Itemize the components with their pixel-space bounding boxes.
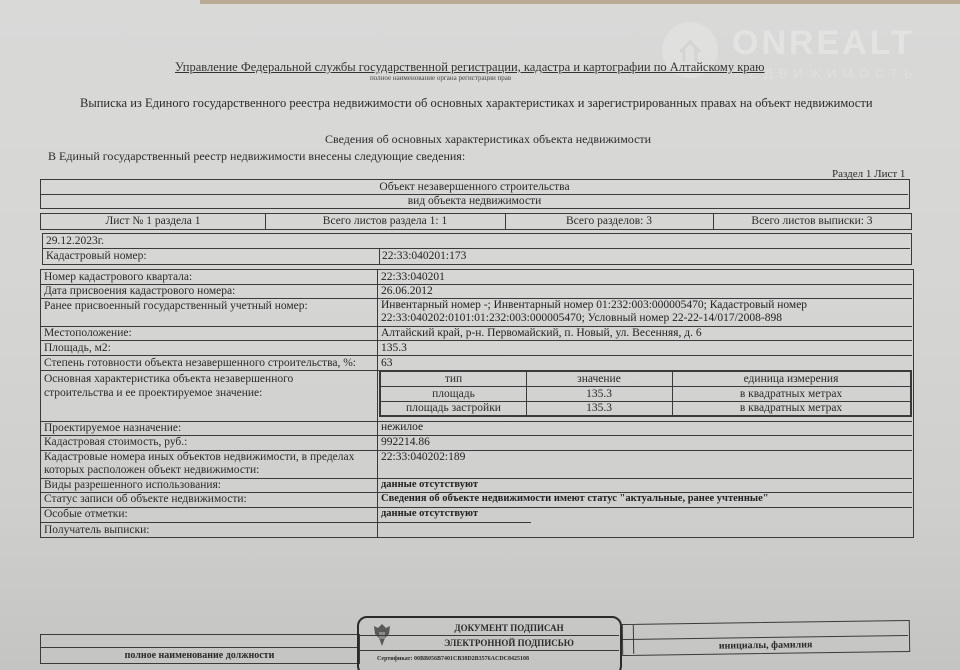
main-char-row1-value: 135.3 — [526, 388, 672, 401]
field-label-record-status: Статус записи об объекте недвижимости: — [44, 493, 247, 506]
document-title: Выписка из Единого государственного реес… — [80, 96, 873, 111]
field-label-parent-objects-2: которых расположен объект недвижимости: — [44, 464, 259, 477]
main-char-row2-unit: в квадратных метрах — [672, 402, 910, 415]
field-label-assign-date: Дата присвоения кадастрового номера: — [44, 285, 235, 298]
field-value-record-status: Сведения об объекте недвижимости имеют с… — [381, 492, 769, 505]
intro-text: В Единый государственный реестр недвижим… — [48, 149, 465, 164]
field-label-purpose: Проектируемое назначение: — [44, 422, 181, 435]
field-value-location: Алтайский край, р-н. Первомайский, п. Но… — [381, 327, 702, 340]
organization-caption: полное наименование органа регистрации п… — [370, 74, 511, 82]
main-char-label-1: Основная характеристика объекта незаверш… — [44, 373, 293, 386]
main-char-row1-type: площадь — [381, 388, 526, 401]
section-title: Сведения об основных характеристиках объ… — [325, 132, 651, 147]
field-label-location: Местоположение: — [44, 327, 132, 340]
stamp-line-1: ДОКУМЕНТ ПОДПИСАН — [399, 622, 619, 635]
sheet-number: Лист № 1 раздела 1 — [41, 215, 265, 228]
object-type-caption: вид объекта недвижимости — [41, 195, 908, 208]
main-char-row2-type: площадь застройки — [381, 402, 526, 415]
field-label-cad-value: Кадастровая стоимость, руб.: — [44, 436, 187, 449]
name-box: инициалы, фамилия — [622, 620, 910, 656]
field-label-permitted-use: Виды разрешенного использования: — [44, 479, 221, 492]
field-label-quarter: Номер кадастрового квартала: — [44, 271, 192, 284]
object-type-value: Объект незавершенного строительства — [41, 181, 908, 194]
total-sheets-extract: Всего листов выписки: 3 — [713, 215, 911, 228]
position-caption: полное наименование должности — [41, 649, 358, 662]
field-value-prev-number-2: 22:33:040202:0101:01:232:003:000005470; … — [381, 312, 782, 325]
main-char-row1-unit: в квадратных метрах — [672, 388, 910, 401]
characteristics-table: Номер кадастрового квартала: 22:33:04020… — [40, 269, 914, 538]
sheet-info-row: Лист № 1 раздела 1 Всего листов раздела … — [40, 213, 912, 230]
position-box: полное наименование должности — [40, 634, 360, 664]
field-label-prev-number: Ранее присвоенный государственный учетны… — [44, 300, 308, 313]
name-caption: инициалы, фамилия — [623, 637, 908, 654]
cadastral-number-label: Кадастровый номер: — [46, 250, 147, 263]
photo-edge — [200, 0, 960, 4]
field-value-special-notes: данные отсутствуют — [381, 507, 478, 520]
stamp-line-2: ЭЛЕКТРОННОЙ ПОДПИСЬЮ — [399, 637, 619, 650]
field-label-area: Площадь, м2: — [44, 342, 111, 355]
field-value-quarter: 22:33:040201 — [381, 271, 445, 284]
main-char-header-type: тип — [381, 373, 526, 386]
main-char-header-value: значение — [526, 373, 672, 386]
field-value-assign-date: 26.06.2012 — [381, 285, 433, 298]
field-value-purpose: нежилое — [381, 421, 423, 434]
main-char-header-unit: единица измерения — [672, 373, 910, 386]
extract-date: 29.12.2023г. — [46, 235, 104, 248]
object-type-box: Объект незавершенного строительства вид … — [40, 179, 910, 209]
field-value-cad-value: 992214.86 — [381, 436, 430, 449]
field-label-special-notes: Особые отметки: — [44, 508, 128, 521]
field-value-prev-number-1: Инвентарный номер -; Инвентарный номер 0… — [381, 299, 807, 312]
total-sheets-section: Всего листов раздела 1: 1 — [265, 215, 505, 228]
field-value-area: 135.3 — [381, 342, 407, 355]
field-label-parent-objects-1: Кадастровые номера иных объектов недвижи… — [44, 451, 354, 464]
organization-name: Управление Федеральной службы государств… — [175, 60, 764, 75]
field-value-parent-objects: 22:33:040202:189 — [381, 451, 465, 464]
main-char-label-2: строительства и ее проектируемое значени… — [44, 387, 262, 400]
total-sections: Всего разделов: 3 — [505, 215, 713, 228]
cadastral-number-value: 22:33:040201:173 — [382, 250, 466, 263]
watermark-brand: ONREALT — [732, 24, 915, 63]
main-char-row2-value: 135.3 — [526, 402, 672, 415]
field-label-readiness: Степень готовности объекта незавершенног… — [44, 357, 356, 370]
date-cadnum-box: 29.12.2023г. Кадастровый номер: 22:33:04… — [42, 233, 912, 265]
field-value-readiness: 63 — [381, 357, 393, 370]
e-signature-stamp: ДОКУМЕНТ ПОДПИСАН ЭЛЕКТРОННОЙ ПОДПИСЬЮ С… — [357, 616, 622, 670]
field-label-recipient: Получатель выписки: — [44, 524, 149, 537]
main-char-table: тип значение единица измерения площадь 1… — [379, 370, 912, 417]
stamp-certificate: Сертификат: 00BB056B7401CB38D2B3576ACDC8… — [377, 653, 529, 666]
field-value-permitted-use: данные отсутствуют — [381, 478, 478, 491]
